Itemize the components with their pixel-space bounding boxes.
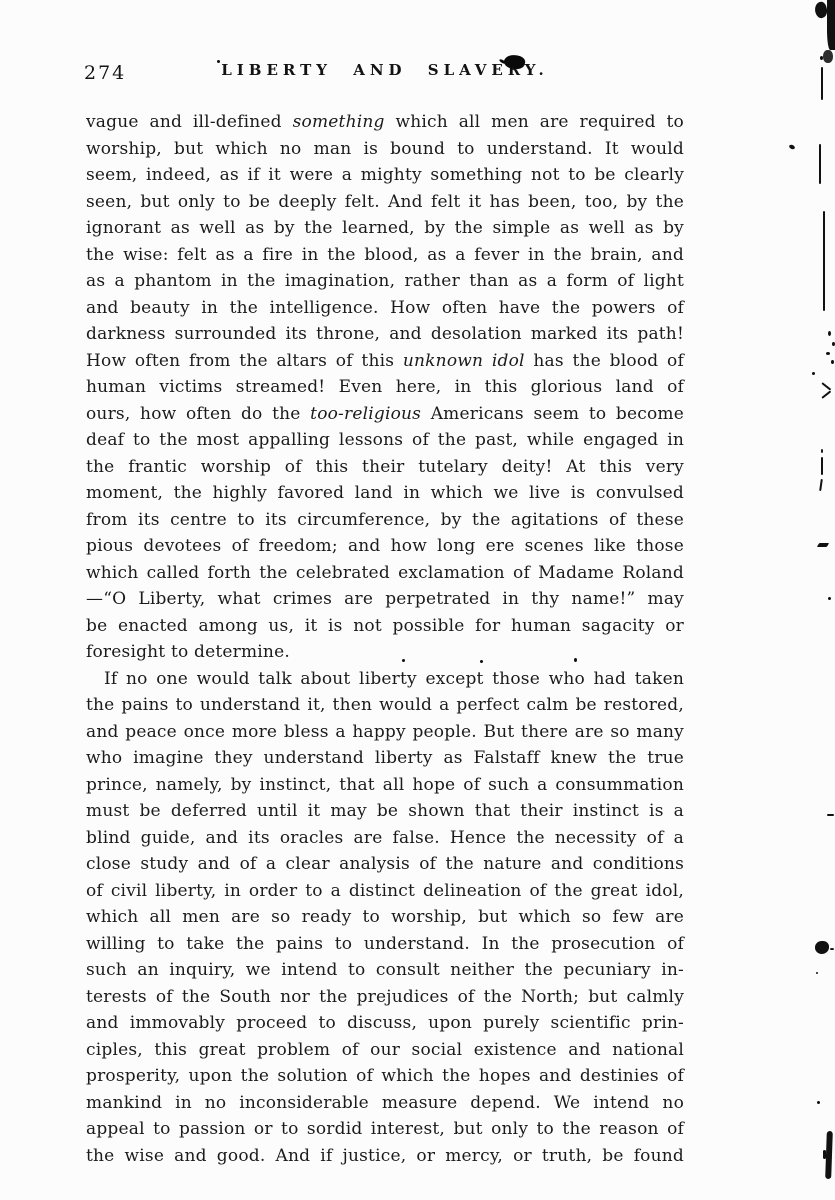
text-line: prince, namely, by instinct, that all ho… xyxy=(86,772,684,799)
scan-artifact xyxy=(830,948,834,950)
scan-artifact xyxy=(823,1150,826,1159)
ink-blot xyxy=(815,941,829,954)
text-line: darkness surrounded its throne, and deso… xyxy=(86,321,684,348)
scanned-book-page: 274 LIBERTY AND SLAVERY. vague and ill-d… xyxy=(0,0,835,1200)
text-line: foresight to determine. xyxy=(86,639,684,666)
text-line: mankind in no inconsiderable measure dep… xyxy=(86,1090,684,1117)
text-line: seem, indeed, as if it were a mighty som… xyxy=(86,162,684,189)
text-block: vague and ill-defined something which al… xyxy=(86,109,684,1169)
scan-artifact xyxy=(817,543,829,547)
scan-artifact xyxy=(828,331,831,336)
scan-artifact xyxy=(480,660,483,663)
scan-artifact xyxy=(823,50,833,63)
text-line: and beauty in the intelligence. How ofte… xyxy=(86,295,684,322)
running-head: 274 LIBERTY AND SLAVERY. xyxy=(86,58,684,90)
scan-artifact xyxy=(816,972,818,974)
scan-artifact xyxy=(826,352,830,355)
text-line: If no one would talk about liberty excep… xyxy=(86,666,684,693)
text-line: ours, how often do the too-religious Ame… xyxy=(86,401,684,428)
text-line: be enacted among us, it is not possible … xyxy=(86,613,684,640)
scan-artifact xyxy=(812,372,815,375)
text-line: the pains to understand it, then would a… xyxy=(86,692,684,719)
scan-artifact xyxy=(821,382,831,390)
text-line: as a phantom in the imagination, rather … xyxy=(86,268,684,295)
text-line: worship, but which no man is bound to un… xyxy=(86,136,684,163)
scan-artifact xyxy=(827,0,835,50)
scan-artifact xyxy=(402,659,405,662)
text-line: who imagine they understand liberty as F… xyxy=(86,745,684,772)
text-line: How often from the altars of this unknow… xyxy=(86,348,684,375)
text-line: the wise: felt as a fire in the blood, a… xyxy=(86,242,684,269)
text-line: of civil liberty, in order to a distinct… xyxy=(86,878,684,905)
scan-artifact xyxy=(817,1101,820,1104)
text-line: appeal to passion or to sordid interest,… xyxy=(86,1116,684,1143)
scan-artifact xyxy=(819,144,821,184)
scan-artifact xyxy=(827,814,834,816)
text-line: such an inquiry, we intend to consult ne… xyxy=(86,957,684,984)
scan-artifact xyxy=(821,390,831,398)
text-line: pious devotees of freedom; and how long … xyxy=(86,533,684,560)
text-line: deaf to the most appalling lessons of th… xyxy=(86,427,684,454)
text-line: and peace once more bless a happy people… xyxy=(86,719,684,746)
scan-artifact xyxy=(820,56,823,60)
scan-artifact xyxy=(574,658,577,662)
text-line: which all men are so ready to worship, b… xyxy=(86,904,684,931)
text-line: ignorant as well as by the learned, by t… xyxy=(86,215,684,242)
scan-artifact xyxy=(788,144,795,150)
text-line: and immovably proceed to discuss, upon p… xyxy=(86,1010,684,1037)
running-title: LIBERTY AND SLAVERY. xyxy=(86,61,684,79)
text-line: close study and of a clear analysis of t… xyxy=(86,851,684,878)
text-line: —“O Liberty, what crimes are perpetrated… xyxy=(86,586,684,613)
scan-artifact xyxy=(819,479,823,491)
text-line: vague and ill-defined something which al… xyxy=(86,109,684,136)
text-line: terests of the South nor the prejudices … xyxy=(86,984,684,1011)
text-line: the frantic worship of this their tutela… xyxy=(86,454,684,481)
text-line: the wise and good. And if justice, or me… xyxy=(86,1143,684,1170)
scan-artifact xyxy=(217,60,220,63)
scan-artifact xyxy=(828,597,831,600)
text-line: must be deferred until it may be shown t… xyxy=(86,798,684,825)
scan-artifact xyxy=(821,457,823,475)
scan-artifact xyxy=(831,360,834,364)
text-line: prosperity, upon the solution of which t… xyxy=(86,1063,684,1090)
text-line: ciples, this great problem of our social… xyxy=(86,1037,684,1064)
scan-artifact xyxy=(821,449,823,453)
text-line: from its centre to its circumference, by… xyxy=(86,507,684,534)
scan-artifact xyxy=(821,67,823,100)
text-line: blind guide, and its oracles are false. … xyxy=(86,825,684,852)
scan-artifact xyxy=(823,211,825,311)
text-line: moment, the highly favored land in which… xyxy=(86,480,684,507)
text-line: which called forth the celebrated exclam… xyxy=(86,560,684,587)
text-line: human victims streamed! Even here, in th… xyxy=(86,374,684,401)
text-line: seen, but only to be deeply felt. And fe… xyxy=(86,189,684,216)
scan-artifact xyxy=(825,1131,833,1179)
text-line: willing to take the pains to understand.… xyxy=(86,931,684,958)
